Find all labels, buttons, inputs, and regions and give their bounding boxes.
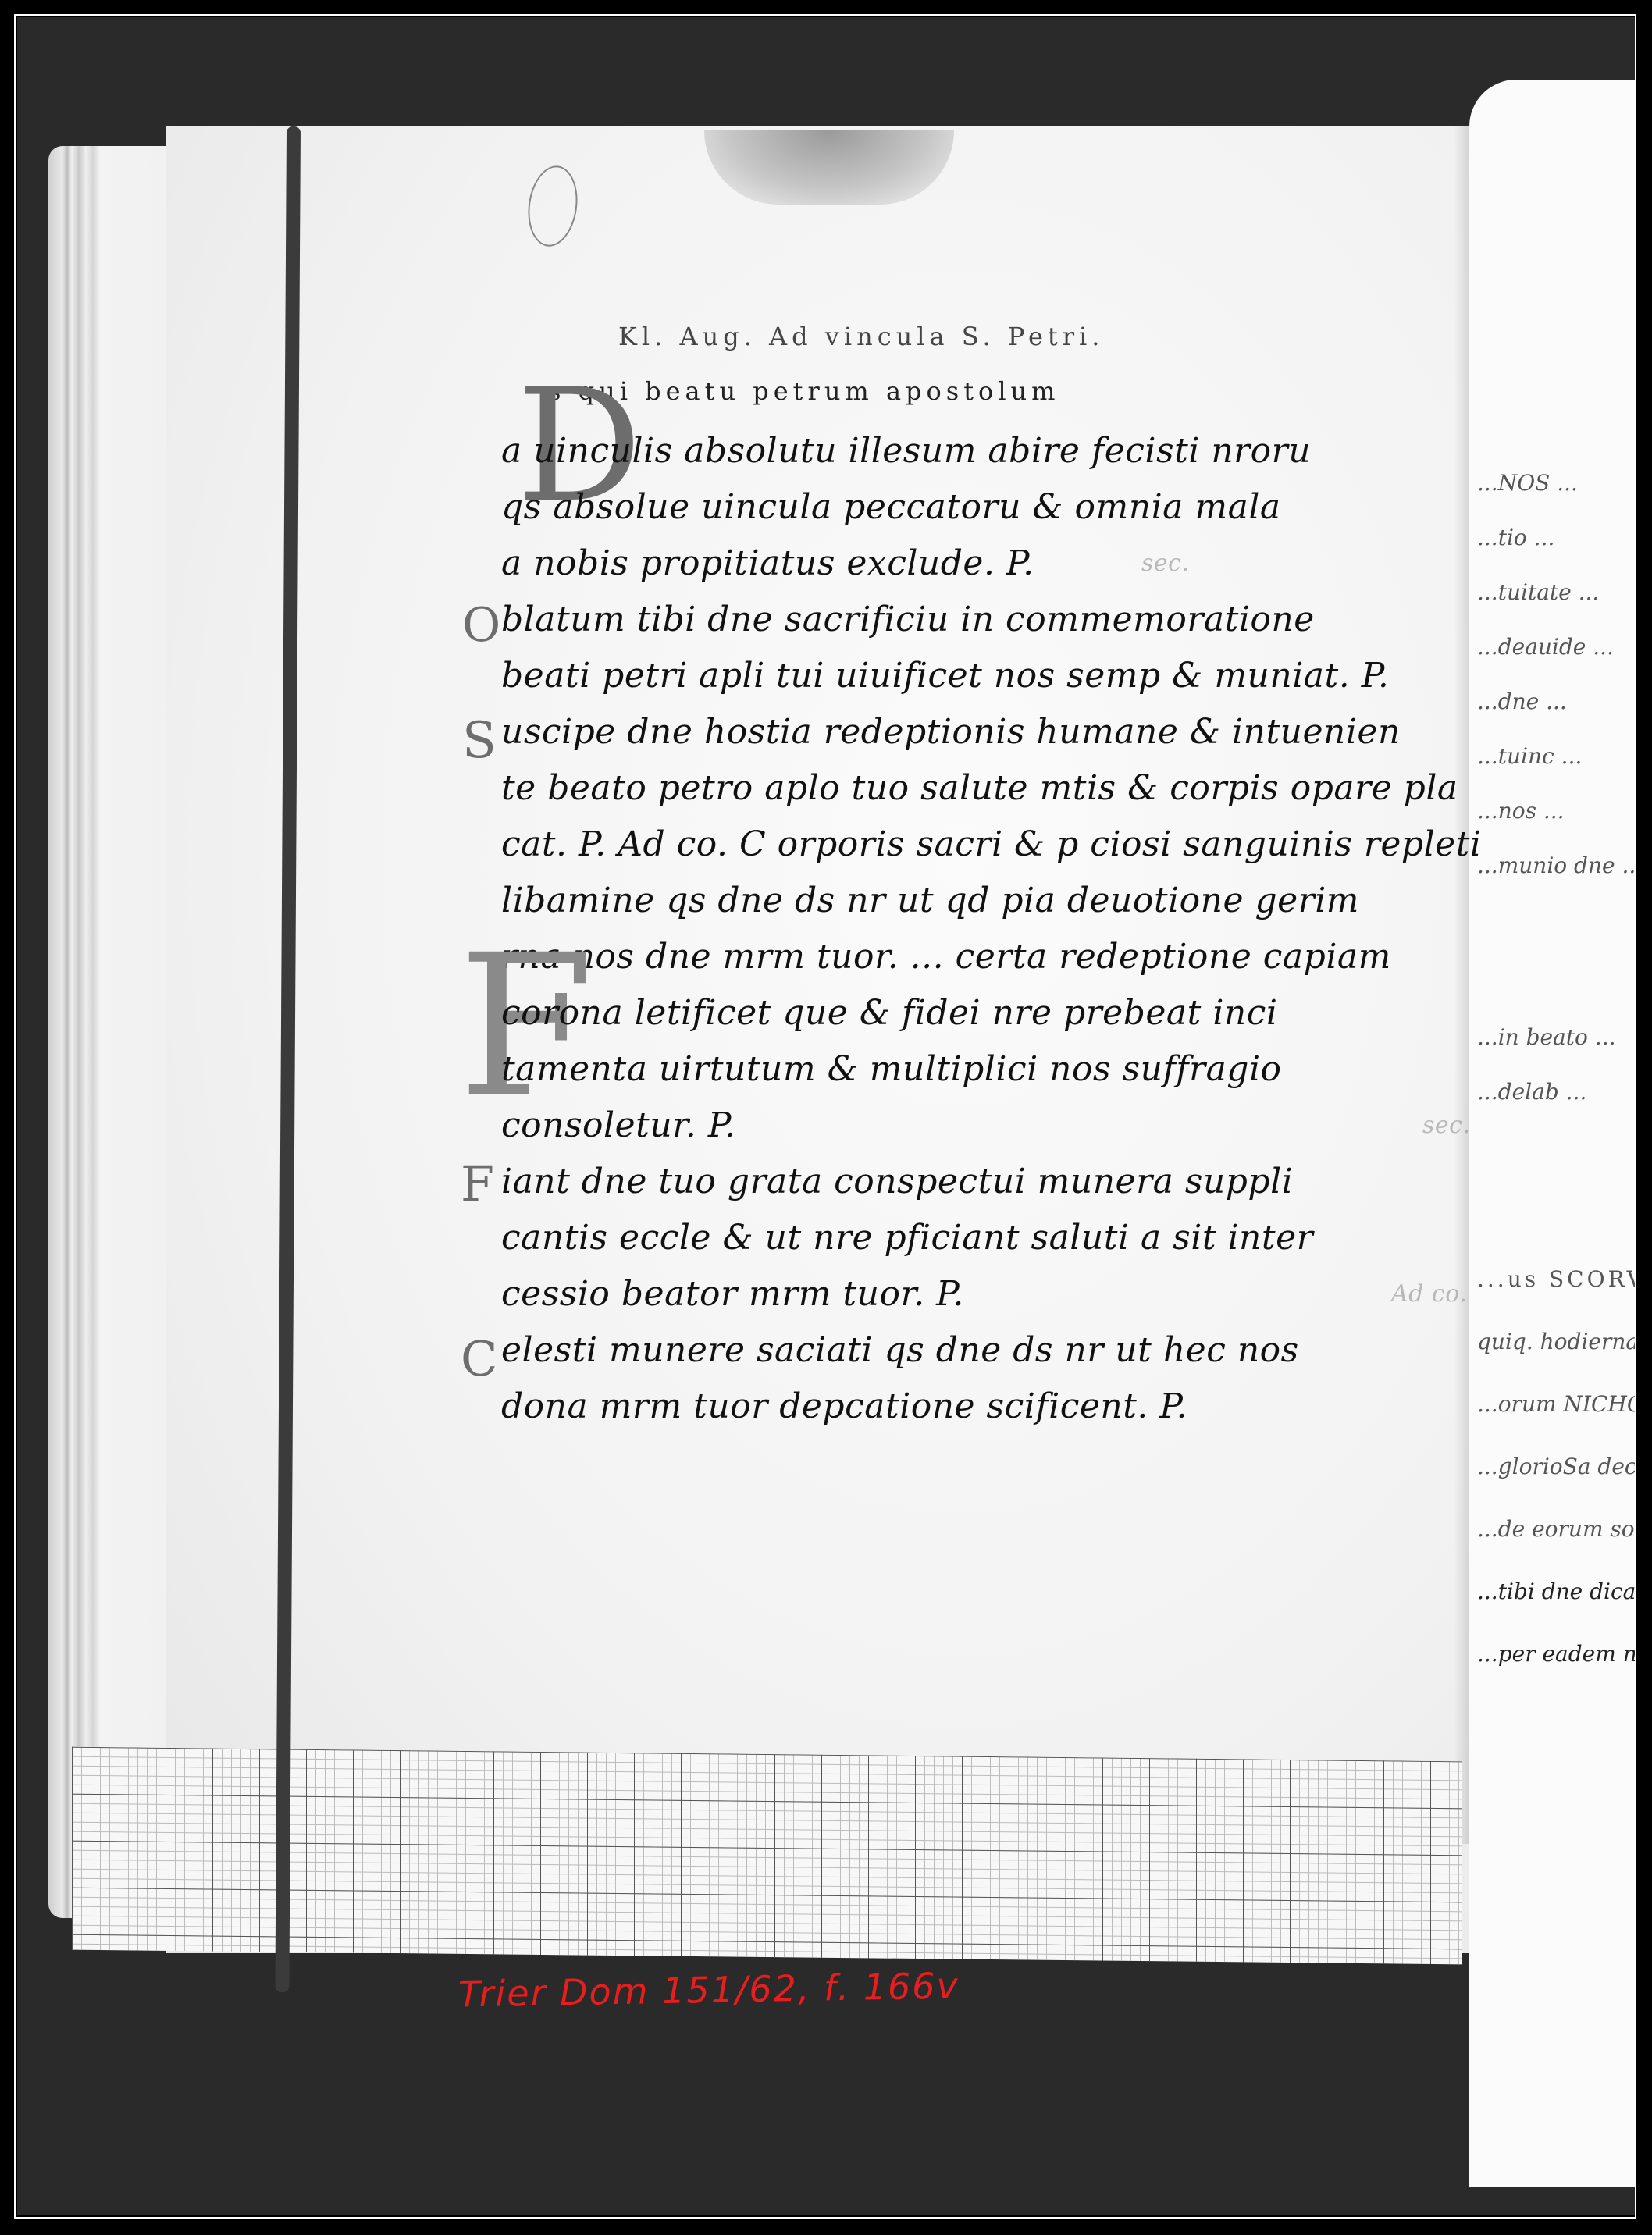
- facing-line: ...tuitate ...: [1477, 579, 1635, 605]
- facing-line: quiq. hodierna ...: [1477, 1329, 1635, 1354]
- show-through-text: Ad co.: [1391, 1280, 1467, 1308]
- water-stain: [704, 130, 954, 205]
- facing-line: ...NOS ...: [1477, 470, 1635, 496]
- text-line: beati petri apli tui uiuificet nos semp …: [501, 656, 1485, 712]
- text-line: qs absolue uincula peccatoru & omnia mal…: [501, 487, 1485, 543]
- shelfmark-label: Trier Dom 151/62, f. 166v: [458, 1964, 960, 2015]
- rubric-heading: Kl. Aug. Ad vincula S. Petri.: [618, 322, 1602, 384]
- facing-line: ...deauide ...: [1477, 634, 1635, 660]
- text-line: dona mrm tuor depcatione scificent. P.: [501, 1386, 1485, 1443]
- initial-letter: S: [462, 712, 497, 770]
- show-through-text: sec.: [1422, 1112, 1471, 1139]
- text-line: F iant dne tuo grata conspectui munera s…: [501, 1162, 1485, 1218]
- manuscript-text: Kl. Aug. Ad vincula S. Petri. D s qui be…: [501, 314, 1485, 1443]
- text-line: O blatum tibi dne sacrificiu in commemor…: [501, 600, 1485, 656]
- text-line: a nobis propitiatus exclude. P. sec.: [501, 543, 1485, 600]
- facing-line: ...tio ...: [1477, 525, 1635, 550]
- text-line: te beato petro aplo tuo salute mtis & co…: [501, 768, 1485, 824]
- facing-line: ...us SCORVM ...: [1477, 1266, 1635, 1292]
- facing-line: ...tibi dne dicata scifica ...: [1477, 1578, 1635, 1604]
- initial-letter: O: [462, 598, 501, 653]
- initial-letter: F: [461, 1155, 495, 1212]
- photo-background: Kl. Aug. Ad vincula S. Petri. D s qui be…: [17, 17, 1635, 2215]
- text-line: cantis eccle & ut nre pficiant saluti a …: [501, 1218, 1485, 1274]
- text-line: cat. P. Ad co. C orporis sacri & p ciosi…: [501, 824, 1485, 881]
- facing-line: ...munio dne ...: [1477, 852, 1635, 878]
- facing-line: ...nos ...: [1477, 798, 1635, 824]
- facing-line: ...delab ...: [1477, 1079, 1635, 1105]
- facing-line: ...dne ...: [1477, 689, 1635, 714]
- text-line: D s qui beatu petrum apostolum: [548, 376, 1532, 431]
- text-line: S uscipe dne hostia redeptionis humane &…: [501, 712, 1485, 768]
- facing-line: ...per eadem nos placa...: [1477, 1641, 1635, 1667]
- facing-line: ...orum NICHODE...: [1477, 1391, 1635, 1417]
- text-line: libamine qs dne ds nr ut qd pia deuotion…: [501, 881, 1485, 937]
- facing-line: ...in beato ...: [1477, 1024, 1635, 1050]
- facing-line: ...glorioSa decora...: [1477, 1454, 1635, 1479]
- show-through-text: sec.: [1141, 550, 1190, 577]
- text-line: cessio beator mrm tuor. P. Ad co.: [501, 1274, 1485, 1330]
- text-line: consoletur. P. sec.: [501, 1105, 1485, 1162]
- text-line: tamenta uirtutum & multiplici nos suffra…: [501, 1049, 1485, 1105]
- text-line: F rna nos dne mrm tuor. ... certa redept…: [501, 937, 1485, 993]
- initial-letter: C: [461, 1330, 498, 1387]
- text-line: a uinculis absolutu illesum abire fecist…: [501, 431, 1485, 487]
- text-line: corona letificet que & fidei nre prebeat…: [501, 993, 1485, 1049]
- facing-line: ...de eorum societate ...: [1477, 1516, 1635, 1542]
- facing-line: ...tuinc ...: [1477, 743, 1635, 769]
- text-line: C elesti munere saciati qs dne ds nr ut …: [501, 1330, 1485, 1386]
